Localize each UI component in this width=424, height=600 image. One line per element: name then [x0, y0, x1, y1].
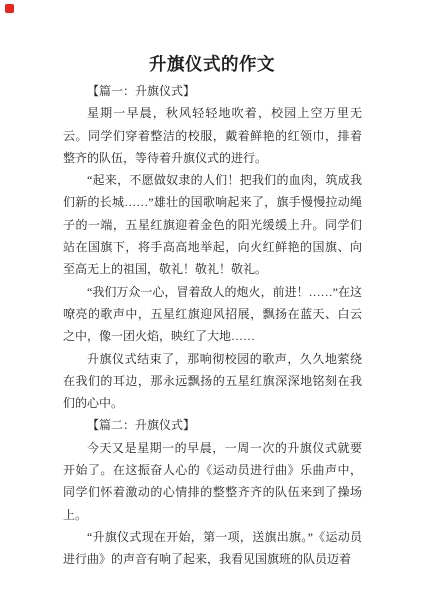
section-1-paragraph: 升旗仪式结束了，那响彻校园的歌声，久久地萦绕在我们的耳边，那永远飘扬的五星红旗深…	[63, 348, 362, 415]
section-1-heading: 【篇一：升旗仪式】	[63, 80, 362, 102]
document-page: 升旗仪式的作文 【篇一：升旗仪式】 星期一早晨，秋风轻轻地吹着，校园上空万里无云…	[0, 0, 424, 600]
section-2-heading: 【篇二：升旗仪式】	[63, 414, 362, 436]
red-dot-icon	[5, 4, 14, 13]
section-2-paragraph: 今天又是星期一的早晨，一周一次的升旗仪式就要开始了。在这振奋人心的《运动员进行曲…	[63, 437, 362, 526]
section-1-paragraph: “我们万众一心，冒着敌人的炮火，前进！……”在这嘹亮的歌声中，五星红旗迎风招展，…	[63, 281, 362, 348]
document-title: 升旗仪式的作文	[0, 51, 424, 76]
document-body: 【篇一：升旗仪式】 星期一早晨，秋风轻轻地吹着，校园上空万里无云。同学们穿着整洁…	[63, 80, 362, 571]
section-2-paragraph: “升旗仪式现在开始，第一项，送旗出旗。”《运动员进行曲》的声音有响了起来，我看见…	[63, 526, 362, 571]
section-1-paragraph: 星期一早晨，秋风轻轻地吹着，校园上空万里无云。同学们穿着整洁的校服，戴着鲜艳的红…	[63, 102, 362, 169]
section-1-paragraph: “起来，不愿做奴隶的人们！把我们的血肉，筑成我们新的长城……”雄壮的国歌响起来了…	[63, 169, 362, 280]
